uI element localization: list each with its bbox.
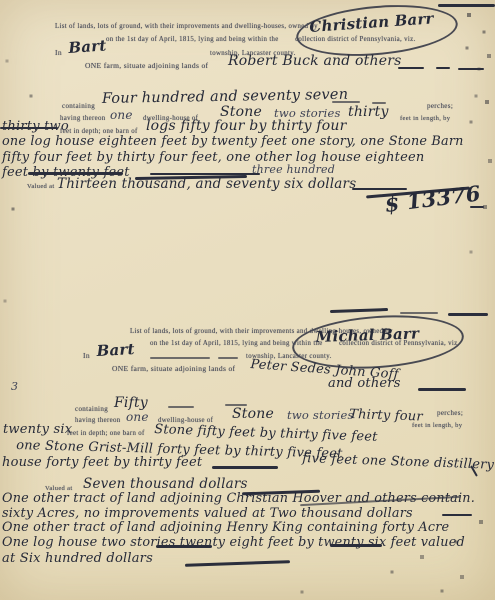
township-name: Bart [68,38,107,56]
feet-length-label: feet in length, by [412,423,462,430]
one-farm-label: ONE farm, situate adjoining lands of [112,365,235,373]
addendum-line: sixty Acres, no improvements valued at T… [2,508,413,521]
acreage: Fifty [114,396,148,410]
flourish-dash [448,313,488,316]
having-thereon-label: having thereon [75,418,120,425]
flourish-dash [185,560,290,567]
feet-depth-label: feet in depth; one barn of [67,431,145,438]
flourish-dash [398,67,424,69]
house-length: thirty [348,105,389,119]
flourish-dash [330,308,388,313]
flourish-dash [218,357,238,359]
paper-noise [0,0,2,2]
valued-at-label: Valued at [27,184,55,191]
corner-ink-mark [438,4,495,7]
form-in-label: In [55,49,62,57]
addendum-line: at Six hundred dollars [2,552,153,565]
addendum-line: One other tract of land adjoining Henry … [2,522,449,535]
value-in-words: Thirteen thousand, and seventy six dolla… [57,178,356,192]
improvements-line: house forty feet by thirty feet [2,456,202,469]
one-farm-label: ONE farm, situate adjoining lands of [85,62,208,70]
flourish-dash [168,406,194,408]
hw-one: one [126,411,149,423]
strike-mark [0,127,58,129]
margin-number: 3 [11,381,18,392]
feet-length-label: feet in length, by [400,116,450,123]
containing-label: containing [62,103,95,110]
strike-mark [28,172,123,175]
addendum-line: One log house two stories twenty eight f… [2,537,465,550]
adjoining-lands: Robert Buck and others [228,54,401,68]
value-insertion: three hundred [252,164,335,175]
form-line2: on the 1st day of April, 1815, lying and… [106,37,416,44]
perches-label: perches; [437,410,463,417]
house-depth: twenty six [3,423,72,436]
adjoining-lands-cont: and others [328,377,401,390]
flourish-dash [442,514,472,516]
barn-description: logs fifty four by thirty four [146,119,347,133]
strike-mark [156,545,212,548]
flourish-dash [212,466,278,469]
containing-label: containing [75,406,108,413]
flourish-dash [418,388,466,391]
improvements-line-cont: five feet one Stone distillery [302,452,494,472]
flourish-dash [458,68,484,70]
hw-one: one [110,109,133,121]
perches-label: perches; [427,103,453,110]
house-material: Stone [232,407,274,421]
flourish-dash [150,357,210,359]
township-name: Bart [96,342,135,359]
form-in-label: In [83,352,90,360]
strike-mark [330,544,382,547]
house-stories: two stories [287,410,354,422]
scanned-document-page: List of lands, lots of ground, with thei… [0,0,495,600]
improvements-line: one log house eighteen feet by twenty fe… [2,136,464,149]
barn-description: Stone fifty feet by thirty five feet [154,423,378,444]
flourish-dash [332,101,360,103]
form-line1: List of lands, lots of ground, with thei… [55,24,318,31]
value-in-words: Seven thousand dollars [83,478,248,492]
flourish-dash [400,312,438,314]
house-material: Stone [220,105,262,119]
flourish-dash [470,206,484,208]
improvements-line: fifty four feet by thirty four feet, one… [2,151,424,164]
form-line2: on the 1st day of April, 1815, lying and… [150,341,460,348]
flourish-dash [436,67,450,69]
